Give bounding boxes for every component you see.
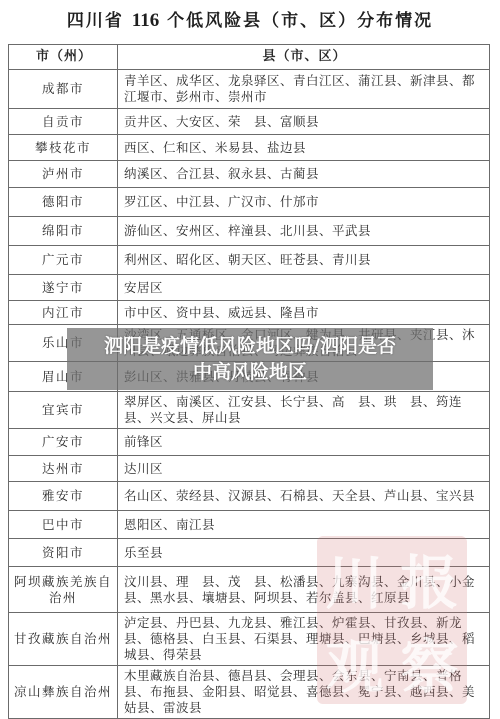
city-cell: 宜宾市 xyxy=(9,392,118,429)
city-cell: 广元市 xyxy=(9,246,118,275)
city-cell: 甘孜藏族自治州 xyxy=(9,613,118,666)
table-row: 遂宁市安居区 xyxy=(9,275,490,301)
counties-cell: 游仙区、安州区、梓潼县、北川县、平武县 xyxy=(118,217,490,246)
title-number: 116 xyxy=(132,10,159,31)
counties-cell: 市中区、资中县、威远县、隆昌市 xyxy=(118,301,490,325)
city-cell: 绵阳市 xyxy=(9,217,118,246)
city-cell: 巴中市 xyxy=(9,511,118,539)
city-cell: 泸州市 xyxy=(9,161,118,188)
city-cell: 广安市 xyxy=(9,429,118,456)
counties-cell: 前锋区 xyxy=(118,429,490,456)
counties-cell: 翠屏区、南溪区、江安县、长宁县、高 县、珙 县、筠连县、兴文县、屏山县 xyxy=(118,392,490,429)
city-cell: 成都市 xyxy=(9,70,118,109)
table-header-row: 市（州） 县（市、区） xyxy=(9,45,490,70)
table-row: 广安市前锋区 xyxy=(9,429,490,456)
title-prefix: 四川省 xyxy=(67,11,124,31)
counties-cell: 西区、仁和区、米易县、盐边县 xyxy=(118,135,490,161)
banner-line-2: 中高风险地区 xyxy=(193,359,307,385)
table-row: 泸州市纳溪区、合江县、叙永县、古蔺县 xyxy=(9,161,490,188)
banner-line-1: 泗阳是疫情低风险地区吗/泗阳是否 xyxy=(104,333,396,359)
table-row: 内江市市中区、资中县、威远县、隆昌市 xyxy=(9,301,490,325)
city-cell: 凉山彝族自治州 xyxy=(9,666,118,719)
title-suffix: 个低风险县（市、区）分布情况 xyxy=(167,11,433,31)
city-cell: 自贡市 xyxy=(9,109,118,135)
table-row: 凉山彝族自治州木里藏族自治县、德昌县、会理县、会东县、宁南县、普格县、布拖县、金… xyxy=(9,666,490,719)
header-city: 市（州） xyxy=(9,45,118,70)
counties-cell: 青羊区、成华区、龙泉驿区、青白江区、蒲江县、新津县、都江堰市、彭州市、崇州市 xyxy=(118,70,490,109)
header-counties: 县（市、区） xyxy=(118,45,490,70)
table-row: 德阳市罗江区、中江县、广汉市、什邡市 xyxy=(9,188,490,217)
table-row: 达州市达川区 xyxy=(9,456,490,482)
counties-cell: 名山区、荥经县、汉源县、石棉县、天全县、芦山县、宝兴县 xyxy=(118,482,490,511)
counties-cell: 木里藏族自治县、德昌县、会理县、会东县、宁南县、普格县、布拖县、金阳县、昭觉县、… xyxy=(118,666,490,719)
counties-cell: 利州区、昭化区、朝天区、旺苍县、青川县 xyxy=(118,246,490,275)
table-row: 广元市利州区、昭化区、朝天区、旺苍县、青川县 xyxy=(9,246,490,275)
table-row: 巴中市恩阳区、南江县 xyxy=(9,511,490,539)
city-cell: 雅安市 xyxy=(9,482,118,511)
city-cell: 阿坝藏族羌族自治州 xyxy=(9,567,118,613)
counties-cell: 泸定县、丹巴县、九龙县、雅江县、炉霍县、甘孜县、新龙县、德格县、白玉县、石渠县、… xyxy=(118,613,490,666)
table-row: 宜宾市翠屏区、南溪区、江安县、长宁县、高 县、珙 县、筠连县、兴文县、屏山县 xyxy=(9,392,490,429)
table-row: 成都市青羊区、成华区、龙泉驿区、青白江区、蒲江县、新津县、都江堰市、彭州市、崇州… xyxy=(9,70,490,109)
table-body: 成都市青羊区、成华区、龙泉驿区、青白江区、蒲江县、新津县、都江堰市、彭州市、崇州… xyxy=(9,70,490,719)
counties-cell: 达川区 xyxy=(118,456,490,482)
counties-cell: 贡井区、大安区、荣 县、富顺县 xyxy=(118,109,490,135)
city-cell: 攀枝花市 xyxy=(9,135,118,161)
city-cell: 内江市 xyxy=(9,301,118,325)
counties-cell: 安居区 xyxy=(118,275,490,301)
table-row: 雅安市名山区、荥经县、汉源县、石棉县、天全县、芦山县、宝兴县 xyxy=(9,482,490,511)
table-row: 甘孜藏族自治州泸定县、丹巴县、九龙县、雅江县、炉霍县、甘孜县、新龙县、德格县、白… xyxy=(9,613,490,666)
city-cell: 德阳市 xyxy=(9,188,118,217)
table-row: 自贡市贡井区、大安区、荣 县、富顺县 xyxy=(9,109,490,135)
city-cell: 达州市 xyxy=(9,456,118,482)
counties-cell: 恩阳区、南江县 xyxy=(118,511,490,539)
city-cell: 资阳市 xyxy=(9,539,118,567)
counties-cell: 汶川县、理 县、茂 县、松潘县、九寨沟县、金川县、小金县、黑水县、壤塘县、阿坝县… xyxy=(118,567,490,613)
table-row: 绵阳市游仙区、安州区、梓潼县、北川县、平武县 xyxy=(9,217,490,246)
table-row: 阿坝藏族羌族自治州汶川县、理 县、茂 县、松潘县、九寨沟县、金川县、小金县、黑水… xyxy=(9,567,490,613)
counties-cell: 罗江区、中江县、广汉市、什邡市 xyxy=(118,188,490,217)
table-row: 资阳市乐至县 xyxy=(9,539,490,567)
overlay-banner[interactable]: 泗阳是疫情低风险地区吗/泗阳是否 中高风险地区 xyxy=(67,328,433,390)
counties-cell: 乐至县 xyxy=(118,539,490,567)
table-row: 攀枝花市西区、仁和区、米易县、盐边县 xyxy=(9,135,490,161)
page-title: 四川省 116 个低风险县（市、区）分布情况 xyxy=(0,6,500,32)
counties-cell: 纳溪区、合江县、叙永县、古蔺县 xyxy=(118,161,490,188)
city-cell: 遂宁市 xyxy=(9,275,118,301)
